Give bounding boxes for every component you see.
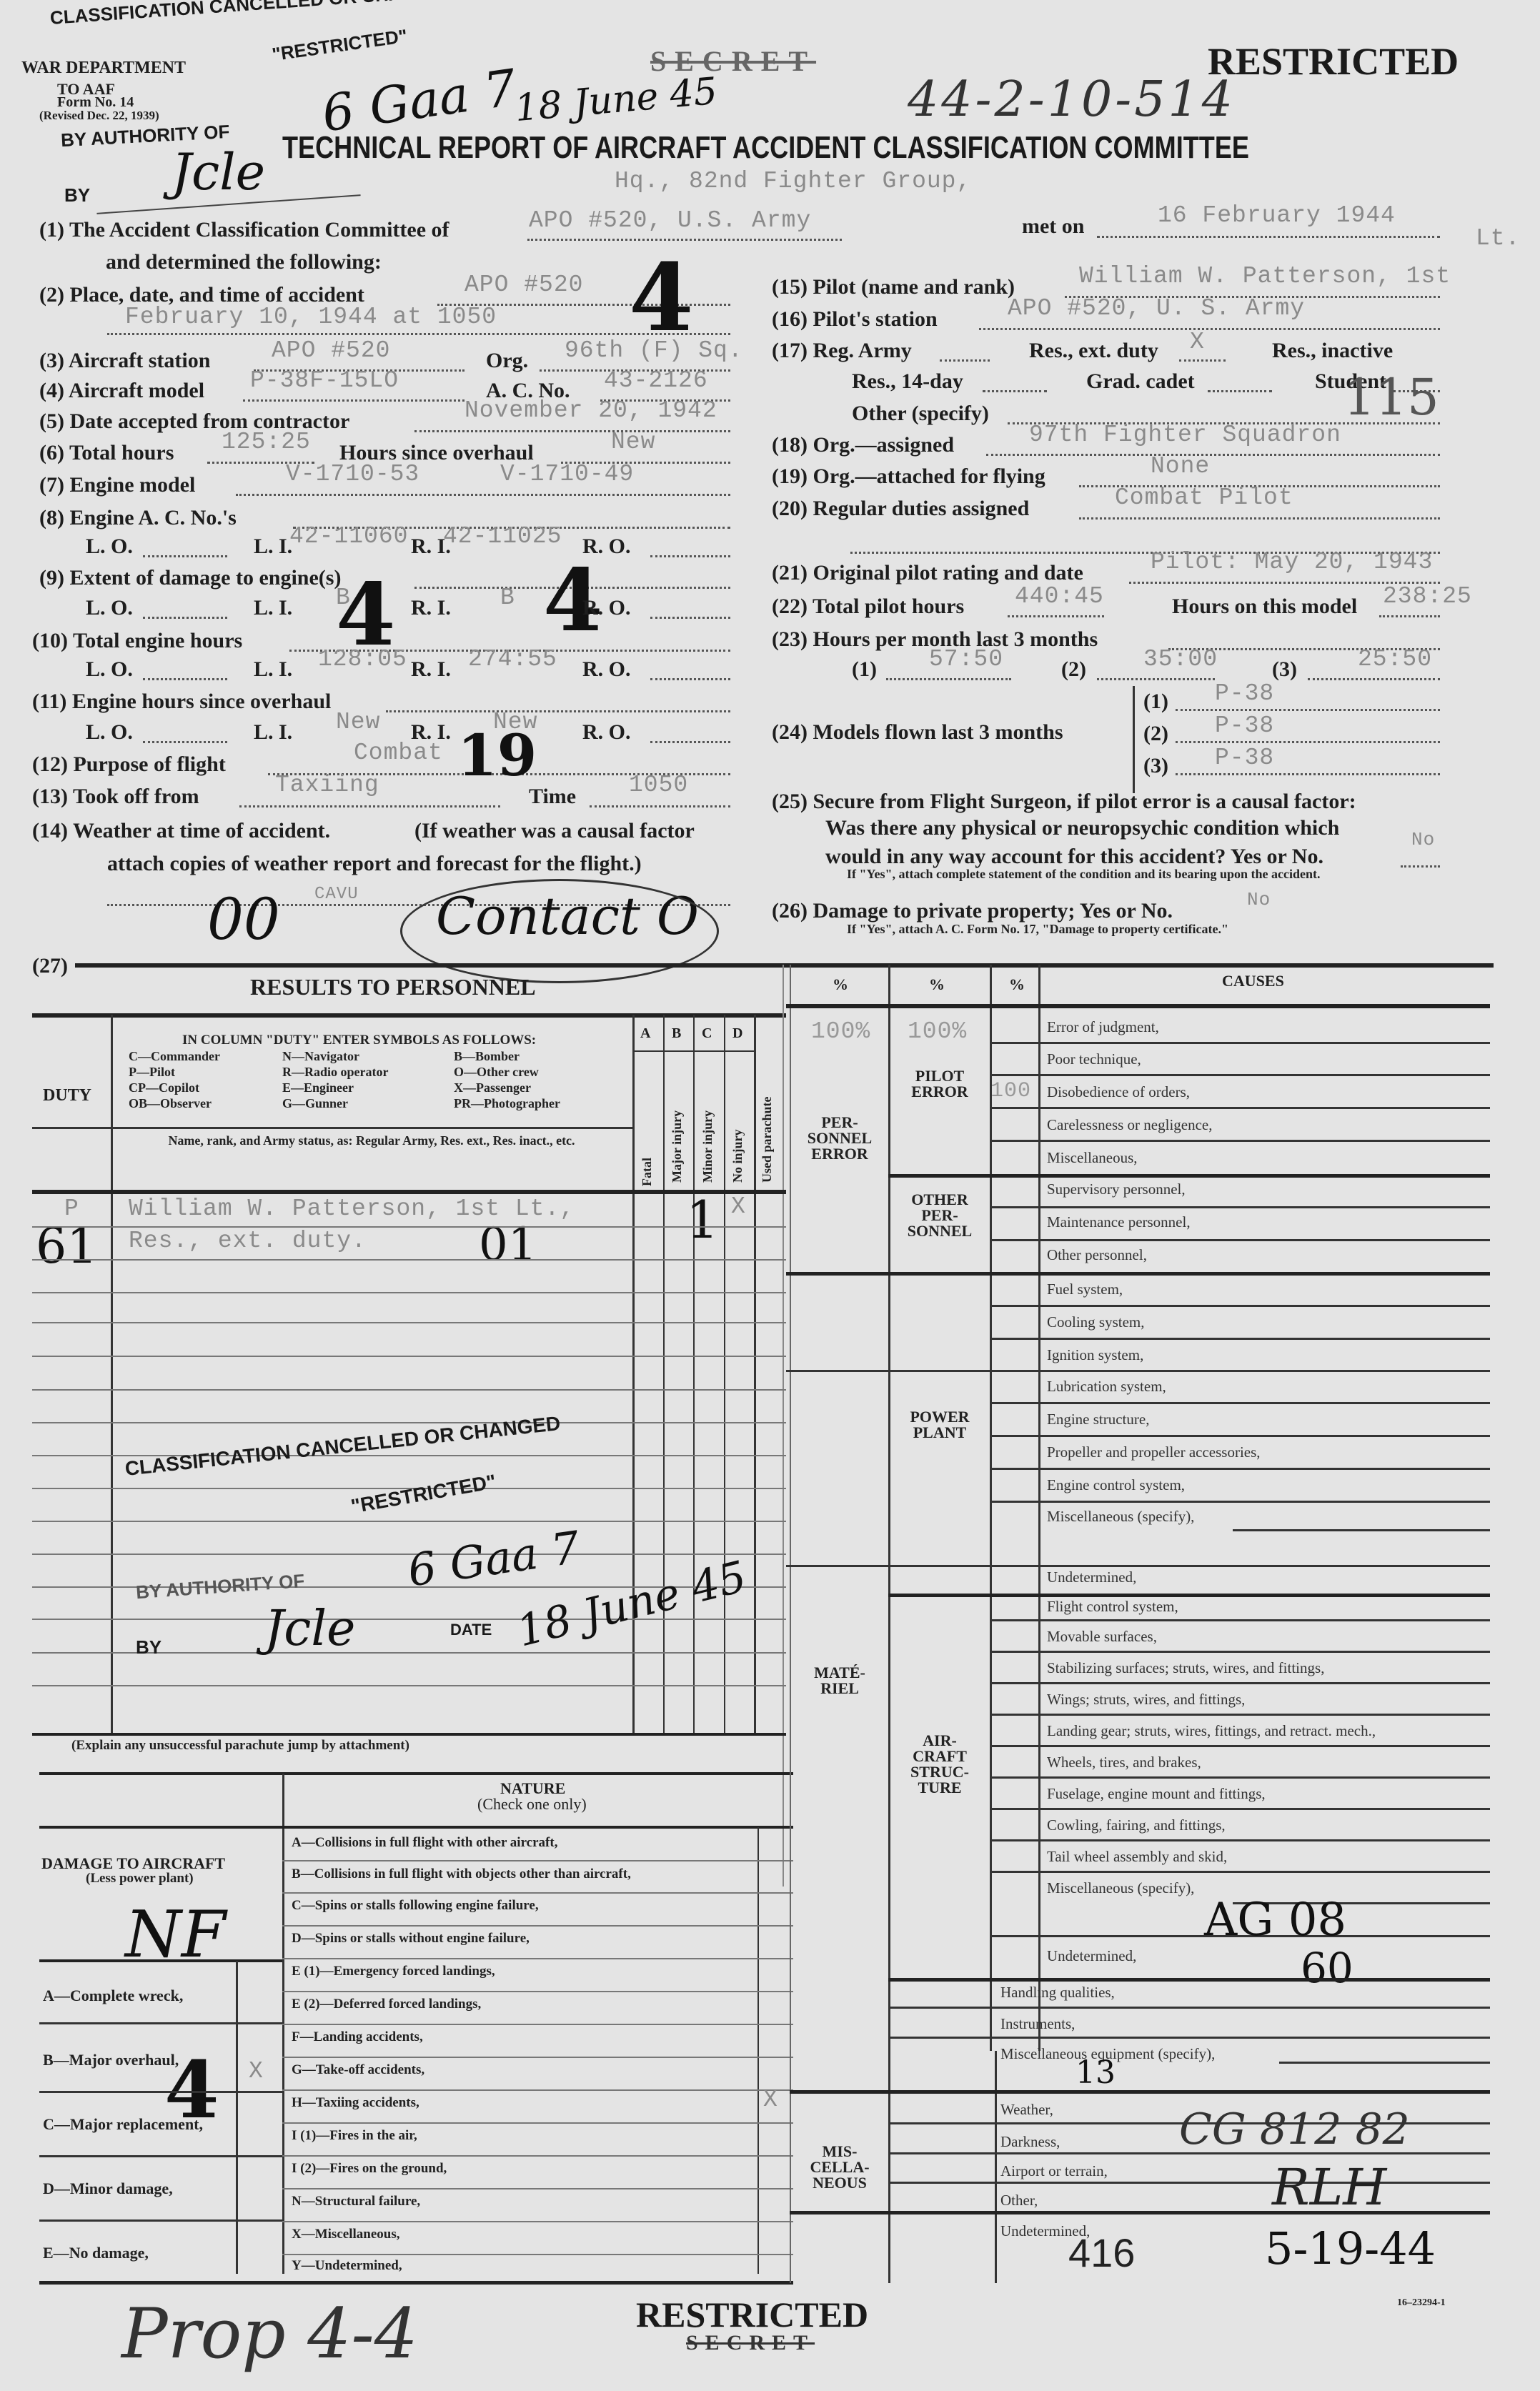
footer-restricted: RESTRICTED — [636, 2294, 868, 2335]
field-17-resinact-label: Res., inactive — [1272, 339, 1393, 363]
field-25-value[interactable]: No — [1411, 829, 1435, 850]
damage-subtitle: (Less power plant) — [86, 1871, 194, 1887]
nature-b: B—Collisions in full flight with objects… — [292, 1866, 631, 1882]
field-25-note: If "Yes", attach complete statement of t… — [847, 868, 1447, 880]
field-11-lo: L. O. — [86, 720, 133, 745]
cause-misc-structure: Miscellaneous (specify), — [1047, 1879, 1194, 1897]
field-23-m1[interactable]: 57:50 — [929, 646, 1003, 672]
symbol-g: G—Gunner — [282, 1096, 348, 1111]
field-18-value[interactable]: 97th Fighter Squadron — [1029, 422, 1341, 448]
symbol-cp: CP—Copilot — [129, 1080, 199, 1095]
personnel-row-name-2[interactable]: Res., ext. duty. — [129, 1228, 367, 1254]
cause-stabilizing: Stabilizing surfaces; struts, wires, and… — [1047, 1659, 1324, 1677]
footer-handwritten: Prop 4-4 — [121, 2294, 418, 2374]
nature-g: G—Take-off accidents, — [292, 2062, 424, 2078]
cause-disobedience: Disobedience of orders, — [1047, 1083, 1190, 1101]
field-8-ri-value[interactable]: 42-11025 — [443, 523, 562, 550]
materiel-label: MATÉ-RIEL — [793, 1665, 886, 1696]
field-9-label: (9) Extent of damage to engine(s) — [39, 566, 341, 590]
cause-tail-wheel: Tail wheel assembly and skid, — [1047, 1848, 1227, 1866]
field-5-value[interactable]: November 20, 1942 — [465, 397, 717, 424]
field-20-value[interactable]: Combat Pilot — [1115, 484, 1293, 511]
stamp-mid-authority-value: 6 Gaa 7 — [404, 1521, 583, 1597]
cause-supervisory: Supervisory personnel, — [1047, 1180, 1186, 1198]
field-3-org-label: Org. — [486, 349, 528, 373]
structure-mark-ag08: AG 08 — [1204, 1894, 1346, 1947]
form-dept: WAR DEPARTMENT — [21, 59, 186, 78]
field-4-acno-value[interactable]: 43-2126 — [604, 367, 708, 394]
cause-wheels: Wheels, tires, and brakes, — [1047, 1754, 1201, 1771]
by-signature-top: Jcle — [172, 143, 265, 202]
field-10-ro: R. O. — [582, 657, 631, 682]
col-a: A — [640, 1025, 650, 1042]
field-2-value2[interactable]: February 10, 1944 at 1050 — [125, 304, 497, 330]
field-14-mark1: 00 — [207, 886, 280, 953]
col-fatal: Fatal — [640, 1143, 655, 1186]
restricted-header: RESTRICTED — [1208, 39, 1459, 84]
field-14-label: (14) Weather at time of accident. — [32, 819, 330, 843]
duty-header: DUTY — [43, 1086, 91, 1105]
cause-weather: Weather, — [1000, 2101, 1053, 2119]
field-26-value[interactable]: No — [1247, 889, 1271, 910]
mark-416: 416 — [1068, 2230, 1135, 2276]
nature-h-check[interactable]: X — [763, 2087, 778, 2113]
stamp-mid-by-label: BY — [136, 1636, 162, 1659]
field-1-label: (1) The Accident Classification Committe… — [39, 218, 449, 242]
field-23-m2[interactable]: 35:00 — [1143, 646, 1218, 672]
power-plant-label: POWERPLANT — [893, 1409, 986, 1441]
field-15-value[interactable]: William W. Patterson, 1st — [1079, 263, 1451, 289]
field-4-value[interactable]: P-38F-15LO — [250, 367, 399, 394]
field-26-note: If "Yes", attach A. C. Form No. 17, "Dam… — [847, 922, 1228, 937]
aircraft-structure-label: AIR-CRAFTSTRUC-TURE — [893, 1733, 986, 1796]
stamp-line: CLASSIFICATION CANCELLED OR CHANGED — [49, 0, 456, 29]
field-24-model-3[interactable]: P-38 — [1215, 745, 1274, 771]
col-c: C — [702, 1025, 712, 1042]
field-9-ro: R. O. — [582, 596, 631, 620]
field-25-label: (25) Secure from Flight Surgeon, if pilo… — [772, 790, 1356, 814]
field-14-circle — [400, 879, 719, 983]
cause-undetermined-power: Undetermined, — [1047, 1569, 1136, 1586]
damage-level-d: D—Minor damage, — [43, 2179, 173, 2198]
col-b: B — [672, 1025, 681, 1042]
field-17-gradcadet-label: Grad. cadet — [1086, 369, 1195, 394]
field-23-m3[interactable]: 25:50 — [1358, 646, 1432, 672]
field-19-label: (19) Org.—attached for flying — [772, 464, 1045, 489]
personnel-error-label: PER-SONNELERROR — [793, 1115, 886, 1162]
cause-carelessness: Carelessness or negligence, — [1047, 1116, 1213, 1134]
cause-propeller: Propeller and propeller accessories, — [1047, 1443, 1261, 1461]
field-12-label: (12) Purpose of flight — [32, 752, 226, 777]
cause-instruments: Instruments, — [1000, 2015, 1075, 2033]
pilot-error-pct[interactable]: 100% — [908, 1018, 967, 1045]
field-8-li-value[interactable]: 42-11060 — [289, 523, 408, 550]
miscellaneous-label: MIS-CELLA-NEOUS — [793, 2144, 886, 2191]
personnel-error-pct[interactable]: 100% — [811, 1018, 870, 1045]
nature-h: H—Taxiing accidents, — [292, 2095, 419, 2111]
field-26-label: (26) Damage to private property; Yes or … — [772, 899, 1173, 923]
field-1-value[interactable]: APO #520, U.S. Army — [529, 207, 811, 234]
field-24-m2-label: (2) — [1143, 722, 1168, 746]
cause-error-of-judgment: Error of judgment, — [1047, 1018, 1159, 1036]
field-1-met-value[interactable]: 16 February 1944 — [1158, 202, 1396, 229]
cause-lubrication: Lubrication system, — [1047, 1378, 1166, 1396]
nature-i2: I (2)—Fires on the ground, — [292, 2161, 447, 2177]
field-15-label: (15) Pilot (name and rank) — [772, 275, 1015, 299]
nature-x: X—Miscellaneous, — [292, 2227, 399, 2242]
cause-other: Other, — [1000, 2192, 1038, 2209]
field-9-ri-value[interactable]: B — [500, 585, 515, 611]
field-11-li-value[interactable]: New — [336, 709, 380, 735]
field-17-resext-label: Res., ext. duty — [1029, 339, 1158, 363]
field-8-lo: L. O. — [86, 535, 133, 559]
field-24-m3-label: (3) — [1143, 754, 1168, 778]
field-10-label: (10) Total engine hours — [32, 629, 242, 653]
disobedience-pct[interactable]: 100 — [990, 1079, 1031, 1103]
field-15-value-cont: Lt. — [1476, 225, 1520, 252]
field-16-value[interactable]: APO #520, U. S. Army — [1008, 295, 1305, 322]
field-21-label: (21) Original pilot rating and date — [772, 561, 1083, 585]
cause-landing-gear: Landing gear; struts, wires, fittings, a… — [1047, 1722, 1376, 1740]
field-10-li-value[interactable]: 128:05 — [318, 646, 407, 672]
field-14-value[interactable]: CAVU — [314, 885, 359, 904]
symbol-x: X—Passenger — [454, 1080, 531, 1095]
cause-movable-surfaces: Movable surfaces, — [1047, 1628, 1157, 1646]
nature-n: N—Structural failure, — [292, 2194, 420, 2209]
footer-print-code: 16–23294-1 — [1397, 2297, 1446, 2309]
field-22-label: (22) Total pilot hours — [772, 595, 964, 619]
symbol-o: O—Other crew — [454, 1065, 539, 1080]
field-11-label: (11) Engine hours since overhaul — [32, 690, 331, 714]
field-23-m3-label: (3) — [1272, 657, 1297, 682]
field-3-value[interactable]: APO #520 — [272, 337, 390, 364]
col-used-parachute: Used parachute — [760, 1043, 775, 1183]
field-13-time-label: Time — [529, 785, 576, 809]
cause-fuel: Fuel system, — [1047, 1281, 1123, 1298]
field-24-model-1[interactable]: P-38 — [1215, 680, 1274, 707]
cause-engine-control: Engine control system, — [1047, 1476, 1185, 1494]
field-22-value[interactable]: 440:45 — [1015, 583, 1104, 610]
accident-report-page: CLASSIFICATION CANCELLED OR CHANGED "RES… — [0, 0, 1540, 2391]
symbol-e: E—Engineer — [282, 1080, 354, 1095]
cause-misc-power: Miscellaneous (specify), — [1047, 1508, 1194, 1526]
field-10-lo: L. O. — [86, 657, 133, 682]
cause-cowling: Cowling, fairing, and fittings, — [1047, 1816, 1226, 1834]
field-23-m2-label: (2) — [1061, 657, 1086, 682]
field-9-li: L. I. — [254, 596, 292, 620]
cause-flight-control: Flight control system, — [1047, 1598, 1178, 1616]
stamp-mid-date-label: DATE — [450, 1621, 492, 1639]
nature-a: A—Collisions in full flight with other a… — [292, 1835, 557, 1851]
nature-e2: E (2)—Deferred forced landings, — [292, 1997, 481, 2012]
nature-c: C—Spins or stalls following engine failu… — [292, 1898, 539, 1914]
by-label: BY — [64, 184, 90, 207]
field-13-value[interactable]: Taxiing — [275, 772, 379, 798]
field-7-label: (7) Engine model — [39, 473, 195, 497]
field-17-mark: 115 — [1343, 368, 1439, 427]
field-22-model-value[interactable]: 238:25 — [1383, 583, 1472, 610]
field-2-value[interactable]: APO #520 — [465, 272, 583, 298]
field-11-li: L. I. — [254, 720, 292, 745]
classification-stamp-top: CLASSIFICATION CANCELLED OR CHANGED — [49, 0, 456, 29]
personnel-title: RESULTS TO PERSONNEL — [250, 974, 536, 1000]
damage-level-b: B—Major overhaul, — [43, 2051, 179, 2069]
field-20-label: (20) Regular duties assigned — [772, 497, 1029, 521]
field-22-model-label: Hours on this model — [1172, 595, 1357, 619]
damage-level-e: E—No damage, — [43, 2244, 149, 2262]
report-number: 44-2-10-514 — [908, 71, 1236, 128]
field-7-value2[interactable]: V-1710-49 — [500, 461, 634, 487]
field-10-ri: R. I. — [411, 657, 451, 682]
nature-y: Y—Undetermined, — [292, 2258, 402, 2274]
field-14-note: (If weather was a causal factor — [414, 819, 695, 843]
report-title: TECHNICAL REPORT OF AIRCRAFT ACCIDENT CL… — [282, 130, 1249, 166]
field-18-label: (18) Org.—assigned — [772, 433, 954, 457]
symbol-c: C—Commander — [129, 1049, 220, 1064]
symbol-p: P—Pilot — [129, 1065, 175, 1080]
field-21-value[interactable]: Pilot: May 20, 1943 — [1151, 549, 1433, 575]
field-25-q2: would in any way account for this accide… — [825, 845, 1323, 869]
col-major-injury: Major injury — [670, 1075, 685, 1183]
cause-undetermined-structure: Undetermined, — [1047, 1947, 1136, 1965]
other-personnel-label: OTHERPER-SONNEL — [893, 1192, 986, 1239]
col-no-injury: No injury — [730, 1090, 745, 1183]
field-8-li: L. I. — [254, 535, 292, 559]
field-9-lo: L. O. — [86, 596, 133, 620]
stamp-restricted-top: "RESTRICTED" — [271, 25, 409, 66]
symbol-r: R—Radio operator — [282, 1065, 388, 1080]
cause-engine-structure: Engine structure, — [1047, 1411, 1149, 1428]
mark-initials: RLH — [1272, 2158, 1386, 2217]
field-11-ro: R. O. — [582, 720, 631, 745]
footer-secret-struck: SECRET — [686, 2331, 815, 2355]
stamp-mid-by-value: Jcle — [264, 1601, 355, 1657]
cause-maintenance: Maintenance personnel, — [1047, 1213, 1191, 1231]
field-17-other-label: Other (specify) — [852, 402, 989, 426]
field-7-value1[interactable]: V-1710-53 — [286, 461, 419, 487]
cause-wings: Wings; struts, wires, and fittings, — [1047, 1691, 1245, 1709]
secret-struck-top: SECRET — [650, 44, 816, 78]
cause-darkness: Darkness, — [1000, 2133, 1060, 2151]
field-23-m1-label: (1) — [852, 657, 877, 682]
stamp-mid-authority-label: BY AUTHORITY OF — [135, 1570, 305, 1604]
field-10-ri-value[interactable]: 274:55 — [468, 646, 557, 672]
symbol-pr: PR—Photographer — [454, 1096, 560, 1111]
symbol-b: B—Bomber — [454, 1049, 520, 1064]
field-12-value[interactable]: Combat — [354, 740, 443, 766]
cause-misc-pilot: Miscellaneous, — [1047, 1149, 1138, 1167]
field-10-li: L. I. — [254, 657, 292, 682]
field-6-overhaul-value[interactable]: New — [611, 429, 655, 455]
field-8-label: (8) Engine A. C. No.'s — [39, 506, 237, 530]
field-17-res14-label: Res., 14-day — [852, 369, 963, 394]
cause-airport: Airport or terrain, — [1000, 2162, 1108, 2180]
classification-stamp-mid-restricted: "RESTRICTED" — [349, 1470, 498, 1518]
nature-i1: I (1)—Fires in the air, — [292, 2128, 417, 2144]
field-3-label: (3) Aircraft station — [39, 349, 210, 373]
field-16-label: (16) Pilot's station — [772, 307, 938, 332]
date-signature-top: 18 June 45 — [513, 70, 719, 131]
form-revised: (Revised Dec. 22, 1939) — [39, 109, 159, 123]
field-6-value[interactable]: 125:25 — [222, 429, 311, 455]
symbol-n: N—Navigator — [282, 1049, 359, 1064]
field-12-mark: 19 — [457, 722, 537, 789]
field-13-label: (13) Took off from — [32, 785, 199, 809]
mark-13: 13 — [1075, 2054, 1116, 2091]
col-d: D — [732, 1025, 742, 1042]
field-2-mark: 4 — [629, 243, 693, 352]
field-24-label: (24) Models flown last 3 months — [772, 720, 1063, 745]
field-9-ri: R. I. — [411, 596, 451, 620]
field-19-value[interactable]: None — [1151, 453, 1210, 479]
cause-poor-technique: Poor technique, — [1047, 1050, 1141, 1068]
nature-d: D—Spins or stalls without engine failure… — [292, 1931, 530, 1947]
cause-cooling: Cooling system, — [1047, 1313, 1145, 1331]
pct-header-2: % — [929, 975, 945, 994]
field-1-sub: and determined the following: — [106, 250, 382, 274]
damage-level-c: C—Major replacement, — [43, 2115, 203, 2134]
personnel-row-injury-mark: 1 — [686, 1190, 719, 1250]
nature-subtitle: (Check one only) — [477, 1795, 587, 1814]
nature-e1: E (1)—Emergency forced landings, — [292, 1964, 495, 1979]
committee-line1: Hq., 82nd Fighter Group, — [615, 168, 971, 194]
parachute-note: (Explain any unsuccessful parachute jump… — [71, 1738, 409, 1754]
symbol-ob: OB—Observer — [129, 1096, 212, 1111]
field-3-org-value[interactable]: 96th (F) Sq. — [565, 337, 743, 364]
field-14-note2: attach copies of weather report and fore… — [107, 852, 642, 876]
pct-header-3: % — [1009, 975, 1025, 994]
name-header: Name, rank, and Army status, as: Regular… — [121, 1133, 622, 1148]
field-13-time-value[interactable]: 1050 — [629, 772, 688, 798]
section-27-number: (27) — [32, 954, 68, 978]
field-17-label: (17) Reg. Army — [772, 339, 912, 363]
col-minor-injury: Minor injury — [700, 1075, 715, 1183]
damage-level-b-check[interactable]: X — [249, 2058, 264, 2084]
field-6-label: (6) Total hours — [39, 441, 174, 465]
cause-handling: Handling qualities, — [1000, 1984, 1115, 2002]
pct-header-1: % — [833, 975, 848, 994]
mark-cg: CG 812 82 — [1179, 2104, 1410, 2154]
field-1-met-label: met on — [1022, 214, 1084, 239]
cause-other-personnel: Other personnel, — [1047, 1246, 1147, 1264]
personnel-row-no-injury[interactable]: X — [731, 1193, 746, 1220]
damage-level-a: A—Complete wreck, — [43, 1987, 183, 2005]
cause-ignition: Ignition system, — [1047, 1346, 1143, 1364]
field-25-q1: Was there any physical or neuropsychic c… — [825, 816, 1339, 840]
causes-title: CAUSES — [1222, 972, 1284, 990]
field-4-label: (4) Aircraft model — [39, 379, 204, 403]
field-24-model-2[interactable]: P-38 — [1215, 712, 1274, 739]
nature-f: F—Landing accidents, — [292, 2029, 423, 2045]
structure-mark-60: 60 — [1301, 1944, 1353, 1992]
symbols-title: IN COLUMN "DUTY" ENTER SYMBOLS AS FOLLOW… — [182, 1033, 536, 1048]
cause-fuselage: Fuselage, engine mount and fittings, — [1047, 1785, 1266, 1803]
mark-date: 5-19-44 — [1265, 2222, 1436, 2275]
pilot-error-label: PILOTERROR — [893, 1068, 986, 1100]
field-24-m1-label: (1) — [1143, 690, 1168, 714]
field-17-resext-value[interactable]: X — [1190, 329, 1205, 355]
